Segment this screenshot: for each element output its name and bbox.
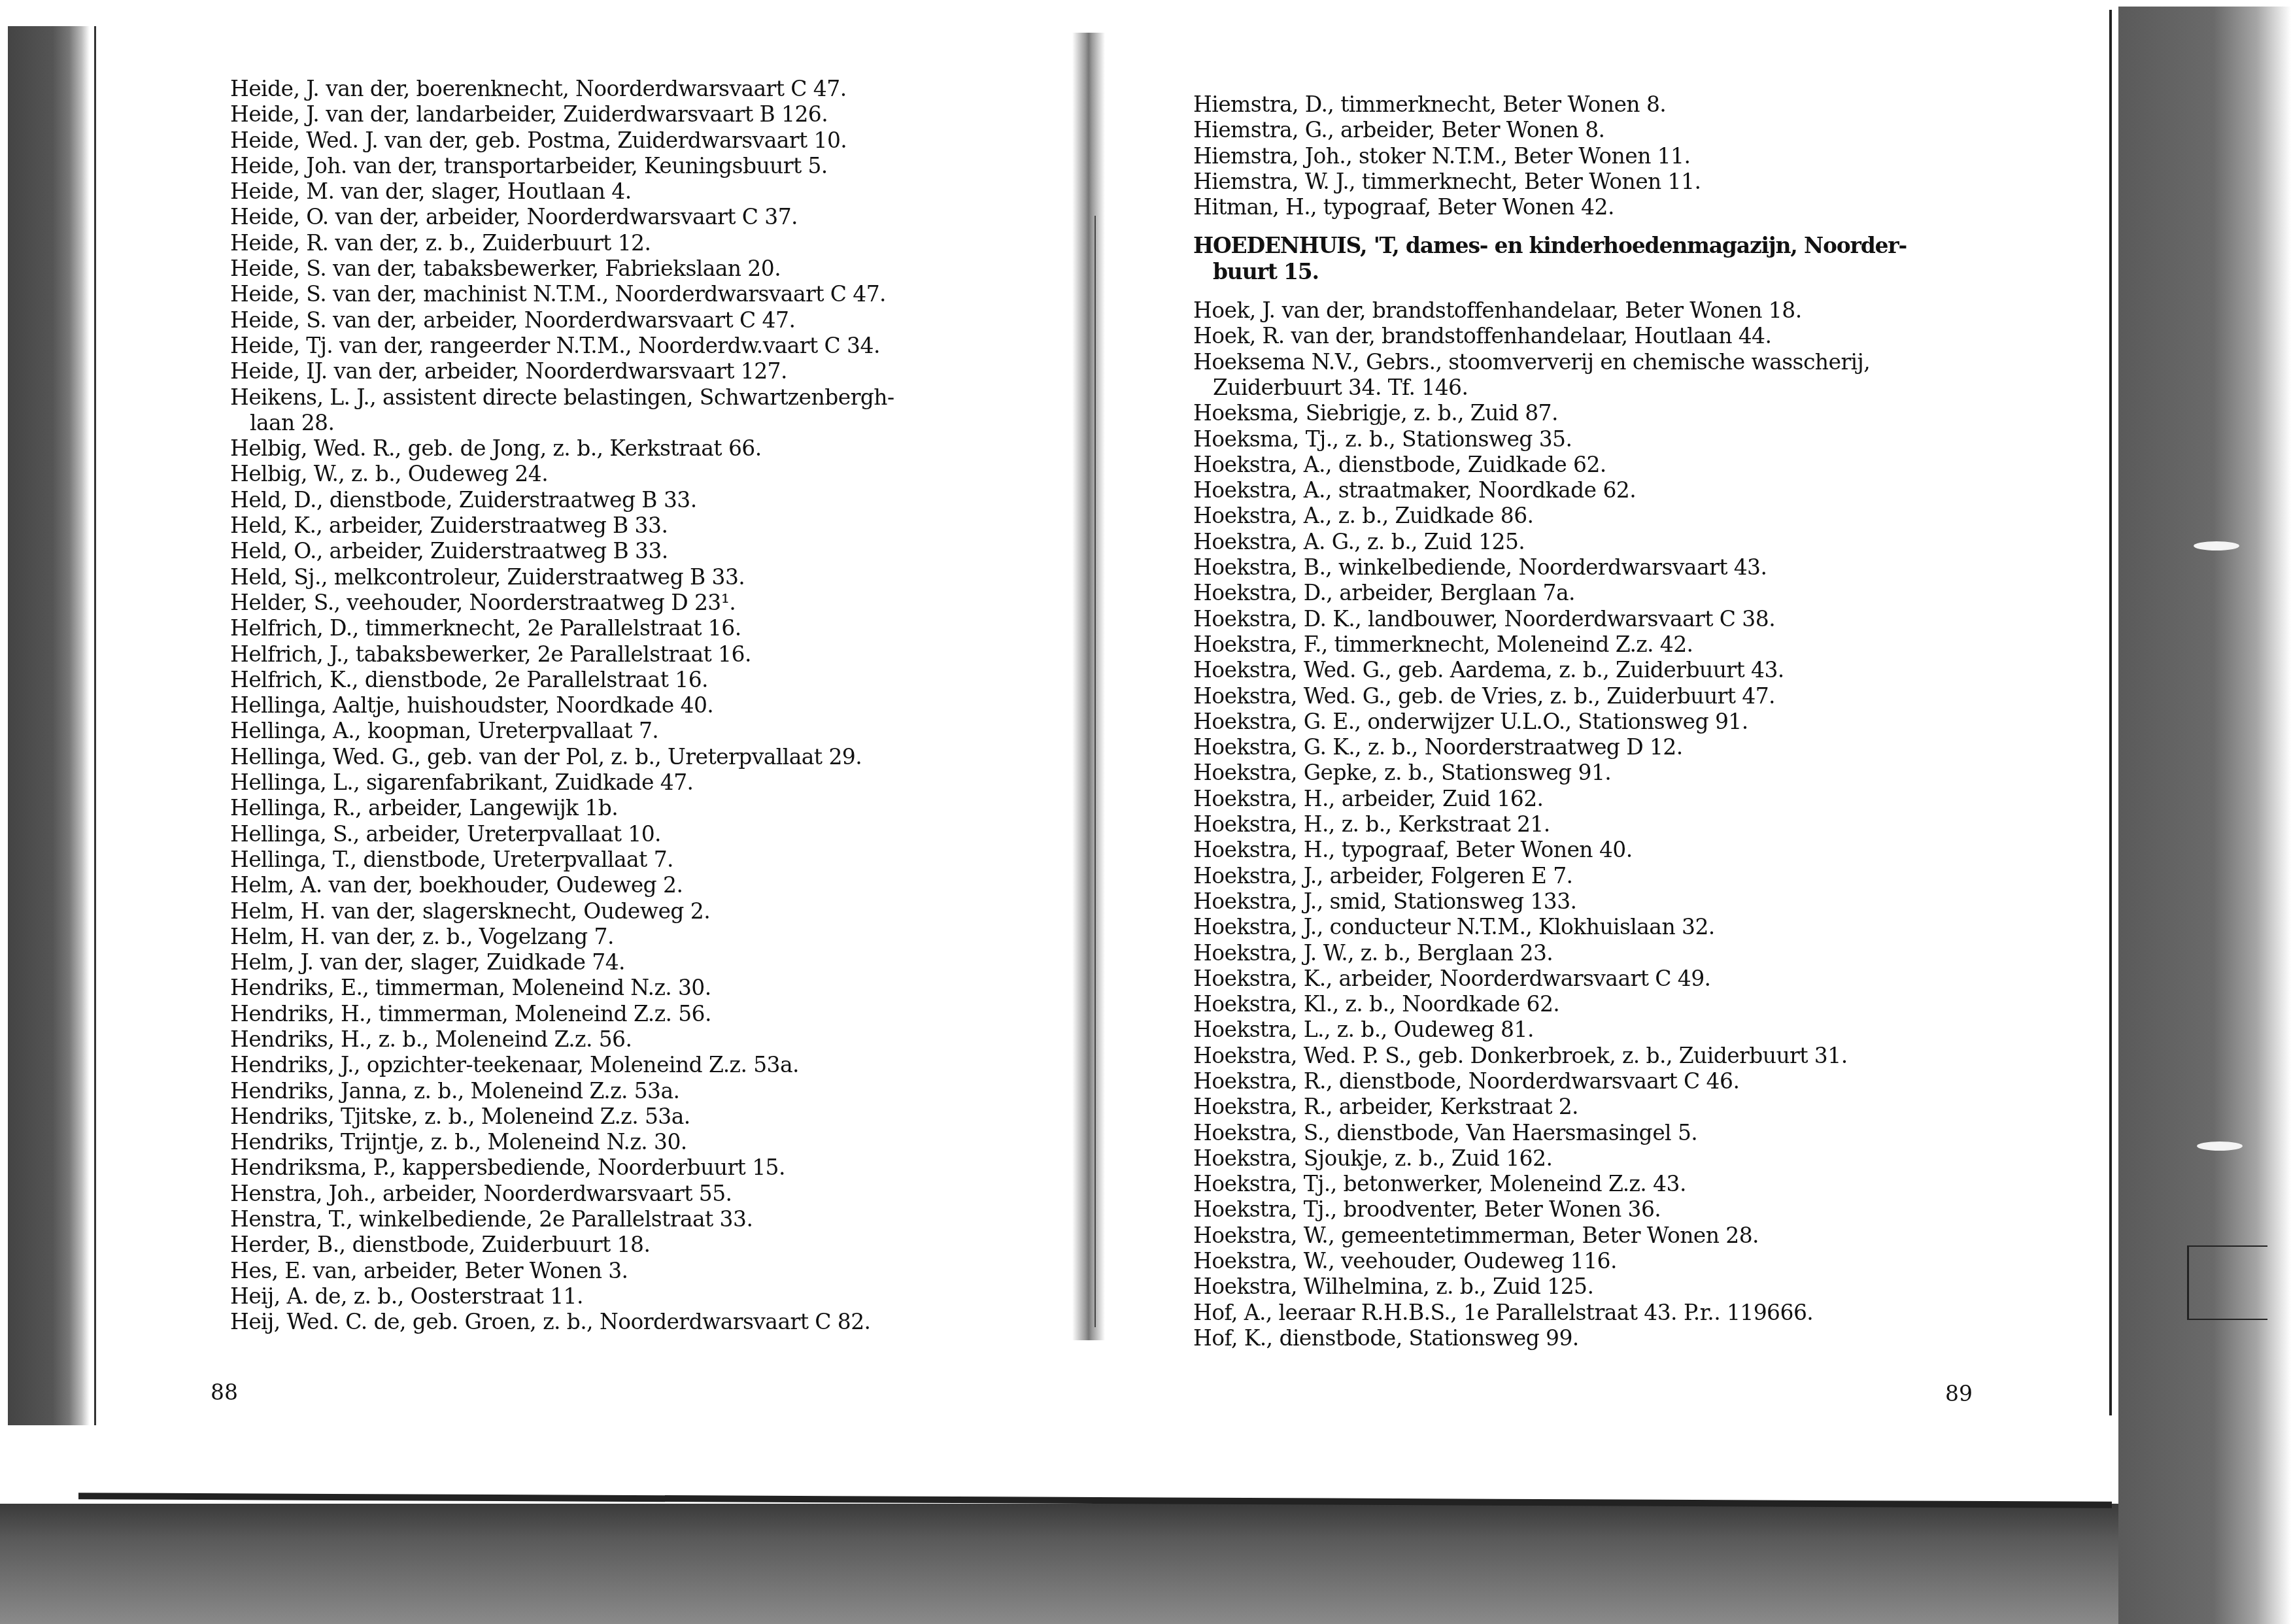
directory-entry-continuation: Zuiderbuurt 34. Tf. 146. <box>1193 375 2102 400</box>
spacer <box>1193 284 2102 297</box>
directory-entry: Hoeksma, Tj., z. b., Stationsweg 35. <box>1193 426 2102 452</box>
directory-entry: Heide, Tj. van der, rangeerder N.T.M., N… <box>230 333 1047 358</box>
directory-entry: Hoekstra, Gepke, z. b., Stationsweg 91. <box>1193 760 2102 785</box>
directory-entry: Hiemstra, G., arbeider, Beter Wonen 8. <box>1193 117 2102 143</box>
directory-entry: Hellinga, T., dienstbode, Ureterpvallaat… <box>230 847 1047 872</box>
directory-entry-continuation: laan 28. <box>230 410 1047 435</box>
directory-entry: Hoekstra, Wed. G., geb. de Vries, z. b.,… <box>1193 683 2102 709</box>
directory-entry: Helder, S., veehouder, Noorderstraatweg … <box>230 590 1047 615</box>
left-binding-shadow <box>8 26 90 1425</box>
directory-entry: Heide, S. van der, machinist N.T.M., Noo… <box>230 281 1047 307</box>
directory-entry: Hellinga, A., koopman, Ureterpvallaat 7. <box>230 718 1047 743</box>
entry-list-left: Heide, J. van der, boerenknecht, Noorder… <box>230 76 1047 1335</box>
directory-entry: Heide, J. van der, boerenknecht, Noorder… <box>230 76 1047 101</box>
directory-entry: Hoekstra, R., arbeider, Kerkstraat 2. <box>1193 1094 2102 1119</box>
directory-entry: Hoekstra, S., dienstbode, Van Haersmasin… <box>1193 1120 2102 1145</box>
directory-entry: Hoekstra, Sjoukje, z. b., Zuid 162. <box>1193 1145 2102 1171</box>
directory-entry: Hoekstra, A. G., z. b., Zuid 125. <box>1193 529 2102 554</box>
page-number-left: 88 <box>211 1379 238 1405</box>
directory-entry: Hoekstra, J., smid, Stationsweg 133. <box>1193 888 2102 914</box>
directory-entry: Hendriks, E., timmerman, Moleneind N.z. … <box>230 975 1047 1000</box>
entry-list-right-top: Hiemstra, D., timmerknecht, Beter Wonen … <box>1193 92 2102 220</box>
directory-entry: Hoek, R. van der, brandstoffenhandelaar,… <box>1193 323 2102 348</box>
directory-entry: Hoekstra, L., z. b., Oudeweg 81. <box>1193 1017 2102 1042</box>
directory-entry: Hendriksma, P., kappersbediende, Noorder… <box>230 1155 1047 1180</box>
directory-entry: Hoekstra, J., conducteur N.T.M., Klokhui… <box>1193 914 2102 939</box>
binder-tab-mark <box>2187 1245 2267 1320</box>
directory-entry: Hoekstra, F., timmerknecht, Moleneind Z.… <box>1193 632 2102 657</box>
entry-list-right: Hoek, J. van der, brandstoffenhandelaar,… <box>1193 297 2102 1351</box>
right-page-edge <box>2109 10 2112 1415</box>
right-binder-band <box>2118 7 2291 1624</box>
directory-entry: Hoekstra, W., veehouder, Oudeweg 116. <box>1193 1248 2102 1274</box>
directory-entry: Hoekstra, H., typograaf, Beter Wonen 40. <box>1193 837 2102 862</box>
directory-entry: Hellinga, S., arbeider, Ureterpvallaat 1… <box>230 821 1047 847</box>
directory-entry: Heide, R. van der, z. b., Zuiderbuurt 12… <box>230 230 1047 256</box>
directory-entry: Hendriks, H., timmerman, Moleneind Z.z. … <box>230 1001 1047 1026</box>
directory-entry: Heide, Joh. van der, transportarbeider, … <box>230 153 1047 178</box>
directory-entry: Hoekstra, R., dienstbode, Noorderdwarsva… <box>1193 1068 2102 1094</box>
directory-entry: Hoekstra, A., straatmaker, Noordkade 62. <box>1193 477 2102 503</box>
directory-entry: Hoekstra, Kl., z. b., Noordkade 62. <box>1193 991 2102 1017</box>
spacer <box>1193 220 2102 233</box>
directory-entry: Heij, Wed. C. de, geb. Groen, z. b., Noo… <box>230 1309 1047 1334</box>
advertisement-heading-continuation: buurt 15. <box>1193 259 2102 284</box>
directory-entry: Hiemstra, Joh., stoker N.T.M., Beter Won… <box>1193 143 2102 169</box>
directory-entry: Hes, E. van, arbeider, Beter Wonen 3. <box>230 1258 1047 1283</box>
directory-entry: Henstra, Joh., arbeider, Noorderdwarsvaa… <box>230 1181 1047 1206</box>
directory-entry: Hoeksma, Siebrigje, z. b., Zuid 87. <box>1193 400 2102 426</box>
directory-entry: Hoekstra, Wed. P. S., geb. Donkerbroek, … <box>1193 1043 2102 1068</box>
directory-entry: Hoekstra, W., gemeentetimmerman, Beter W… <box>1193 1223 2102 1248</box>
directory-entry: Hoekstra, J., arbeider, Folgeren E 7. <box>1193 863 2102 888</box>
directory-entry: Hellinga, Aaltje, huishoudster, Noordkad… <box>230 692 1047 718</box>
directory-entry: Hoekstra, Tj., betonwerker, Moleneind Z.… <box>1193 1171 2102 1196</box>
advertisement-heading: HOEDENHUIS, 'T, dames- en kinderhoedenma… <box>1193 233 2102 258</box>
directory-entry: Held, K., arbeider, Zuiderstraatweg B 33… <box>230 513 1047 538</box>
directory-entry: Henstra, T., winkelbediende, 2e Parallel… <box>230 1206 1047 1232</box>
directory-entry: Helm, A. van der, boekhouder, Oudeweg 2. <box>230 872 1047 898</box>
directory-entry: Helfrich, K., dienstbode, 2e Parallelstr… <box>230 667 1047 692</box>
directory-entry: Held, D., dienstbode, Zuiderstraatweg B … <box>230 487 1047 513</box>
directory-entry: Hiemstra, W. J., timmerknecht, Beter Won… <box>1193 169 2102 194</box>
directory-entry: Heide, IJ. van der, arbeider, Noorderdwa… <box>230 358 1047 384</box>
directory-entry: Hendriks, J., opzichter-teekenaar, Molen… <box>230 1052 1047 1077</box>
left-page: Heide, J. van der, boerenknecht, Noorder… <box>230 76 1047 1335</box>
directory-entry: Hellinga, L., sigarenfabrikant, Zuidkade… <box>230 770 1047 795</box>
directory-entry: Hoekstra, D., arbeider, Berglaan 7a. <box>1193 580 2102 605</box>
directory-entry: Heide, J. van der, landarbeider, Zuiderd… <box>230 101 1047 127</box>
directory-entry: Hiemstra, D., timmerknecht, Beter Wonen … <box>1193 92 2102 117</box>
directory-entry: Hoekstra, A., z. b., Zuidkade 86. <box>1193 503 2102 528</box>
directory-entry: Hoekstra, B., winkelbediende, Noorderdwa… <box>1193 554 2102 580</box>
directory-entry: Hof, A., leeraar R.H.B.S., 1e Parallelst… <box>1193 1300 2102 1325</box>
directory-entry: Hoekstra, G. E., onderwijzer U.L.O., Sta… <box>1193 709 2102 734</box>
directory-entry: Helfrich, D., timmerknecht, 2e Parallels… <box>230 615 1047 641</box>
directory-entry: Heide, Wed. J. van der, geb. Postma, Zui… <box>230 127 1047 153</box>
directory-entry: Hoekstra, K., arbeider, Noorderdwarsvaar… <box>1193 966 2102 991</box>
directory-entry: Hendriks, Janna, z. b., Moleneind Z.z. 5… <box>230 1078 1047 1104</box>
directory-entry: Hoekstra, G. K., z. b., Noorderstraatweg… <box>1193 734 2102 760</box>
directory-entry: Heide, O. van der, arbeider, Noorderdwar… <box>230 204 1047 229</box>
directory-entry: Held, O., arbeider, Zuiderstraatweg B 33… <box>230 538 1047 564</box>
directory-entry: Hoekstra, Wilhelmina, z. b., Zuid 125. <box>1193 1274 2102 1299</box>
directory-entry: Hitman, H., typograaf, Beter Wonen 42. <box>1193 194 2102 220</box>
directory-entry: Heide, S. van der, tabaksbewerker, Fabri… <box>230 256 1047 281</box>
directory-entry: Hellinga, Wed. G., geb. van der Pol, z. … <box>230 744 1047 770</box>
directory-entry: Hoekstra, H., z. b., Kerkstraat 21. <box>1193 811 2102 837</box>
directory-entry: Hoekstra, Tj., broodventer, Beter Wonen … <box>1193 1196 2102 1222</box>
directory-entry: Heide, M. van der, slager, Houtlaan 4. <box>230 178 1047 204</box>
directory-entry: Helm, H. van der, z. b., Vogelzang 7. <box>230 924 1047 949</box>
directory-entry: Hendriks, H., z. b., Moleneind Z.z. 56. <box>230 1026 1047 1052</box>
directory-entry: Hendriks, Tjitske, z. b., Moleneind Z.z.… <box>230 1104 1047 1129</box>
directory-entry: Helfrich, J., tabaksbewerker, 2e Paralle… <box>230 641 1047 667</box>
directory-entry: Hellinga, R., arbeider, Langewijk 1b. <box>230 795 1047 820</box>
directory-entry: Hoekstra, Wed. G., geb. Aardema, z. b., … <box>1193 657 2102 683</box>
punch-hole-icon <box>2194 541 2239 550</box>
directory-entry: Hof, K., dienstbode, Stationsweg 99. <box>1193 1325 2102 1351</box>
directory-entry: Herder, B., dienstbode, Zuiderbuurt 18. <box>230 1232 1047 1257</box>
directory-entry: Hoekstra, H., arbeider, Zuid 162. <box>1193 786 2102 811</box>
bottom-scanner-shadow <box>0 1504 2291 1624</box>
directory-entry: Hendriks, Trijntje, z. b., Moleneind N.z… <box>230 1129 1047 1155</box>
directory-entry: Hoekstra, A., dienstbode, Zuidkade 62. <box>1193 452 2102 477</box>
directory-entry: Hoekstra, D. K., landbouwer, Noorderdwar… <box>1193 606 2102 632</box>
directory-entry: Helm, H. van der, slagersknecht, Oudeweg… <box>230 898 1047 924</box>
directory-entry: Helbig, Wed. R., geb. de Jong, z. b., Ke… <box>230 435 1047 461</box>
directory-entry: Helbig, W., z. b., Oudeweg 24. <box>230 461 1047 486</box>
directory-entry: Held, Sj., melkcontroleur, Zuiderstraatw… <box>230 564 1047 590</box>
punch-hole-icon <box>2197 1142 2243 1151</box>
directory-entry: Hoek, J. van der, brandstoffenhandelaar,… <box>1193 297 2102 323</box>
directory-entry: Hoeksema N.V., Gebrs., stoomververij en … <box>1193 349 2102 375</box>
page-number-right: 89 <box>1945 1381 1973 1406</box>
directory-entry: Hoekstra, J. W., z. b., Berglaan 23. <box>1193 940 2102 966</box>
right-page: Hiemstra, D., timmerknecht, Beter Wonen … <box>1193 92 2102 1351</box>
center-fold-line <box>1095 216 1096 1327</box>
directory-entry: Heikens, L. J., assistent directe belast… <box>230 384 1047 410</box>
center-spine-shadow <box>1072 33 1105 1340</box>
directory-entry: Heide, S. van der, arbeider, Noorderdwar… <box>230 307 1047 333</box>
directory-entry: Heij, A. de, z. b., Oosterstraat 11. <box>230 1283 1047 1309</box>
directory-entry: Helm, J. van der, slager, Zuidkade 74. <box>230 949 1047 975</box>
